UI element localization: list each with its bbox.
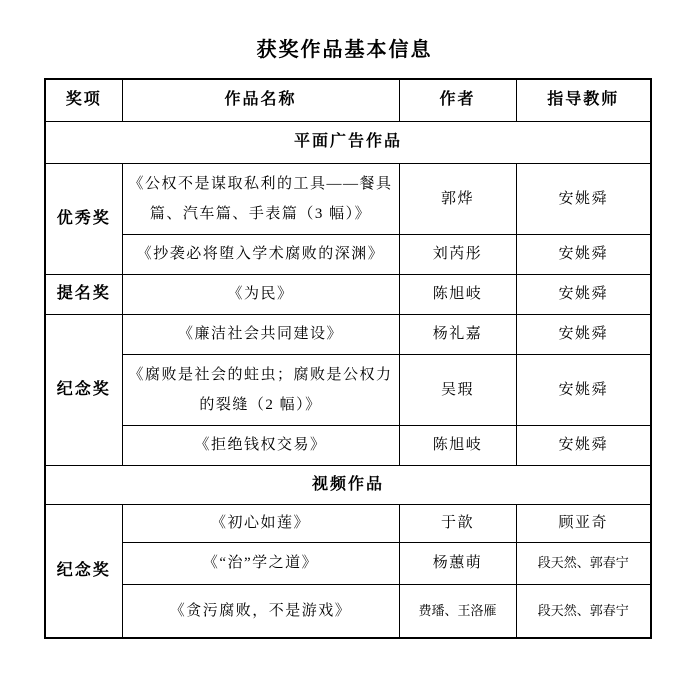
work-title-cell: 《抄袭必将堕入学术腐败的深渊》 (122, 234, 399, 274)
page-title: 获奖作品基本信息 (0, 36, 689, 64)
teacher-cell: 段天然、郭春宁 (516, 542, 651, 584)
section-row: 视频作品 (45, 465, 651, 504)
table-row: 《拒绝钱权交易》 陈旭岐 安姚舜 (45, 425, 651, 465)
work-title-cell: 《公权不是谋取私利的工具——餐具篇、汽车篇、手表篇（3 幅）》 (122, 163, 399, 234)
teacher-cell: 段天然、郭春宁 (516, 584, 651, 638)
table-header-row: 奖项 作品名称 作者 指导教师 (45, 79, 651, 121)
col-header-title: 作品名称 (122, 79, 399, 121)
table-row: 优秀奖 《公权不是谋取私利的工具——餐具篇、汽车篇、手表篇（3 幅）》 郭烨 安… (45, 163, 651, 234)
teacher-cell: 安姚舜 (516, 314, 651, 354)
author-cell: 陈旭岐 (399, 425, 516, 465)
author-cell: 杨礼嘉 (399, 314, 516, 354)
author-cell: 于歆 (399, 504, 516, 542)
teacher-cell: 安姚舜 (516, 425, 651, 465)
work-title-cell: 《贪污腐败，不是游戏》 (122, 584, 399, 638)
work-title-cell: 《腐败是社会的蛀虫；腐败是公权力的裂缝（2 幅）》 (122, 354, 399, 425)
col-header-teacher: 指导教师 (516, 79, 651, 121)
teacher-cell: 安姚舜 (516, 274, 651, 314)
teacher-cell: 顾亚奇 (516, 504, 651, 542)
work-title-cell: 《拒绝钱权交易》 (122, 425, 399, 465)
work-title-cell: 《“治”学之道》 (122, 542, 399, 584)
teacher-cell: 安姚舜 (516, 163, 651, 234)
table-row: 提名奖 《为民》 陈旭岐 安姚舜 (45, 274, 651, 314)
award-cell: 纪念奖 (45, 314, 122, 465)
table-row: 纪念奖 《廉洁社会共同建设》 杨礼嘉 安姚舜 (45, 314, 651, 354)
col-header-award: 奖项 (45, 79, 122, 121)
col-header-author: 作者 (399, 79, 516, 121)
award-cell: 纪念奖 (45, 504, 122, 638)
author-cell: 郭烨 (399, 163, 516, 234)
author-cell: 费璠、王洛雁 (399, 584, 516, 638)
award-cell: 提名奖 (45, 274, 122, 314)
table-row: 纪念奖 《初心如莲》 于歆 顾亚奇 (45, 504, 651, 542)
work-title-cell: 《初心如莲》 (122, 504, 399, 542)
table-row: 《贪污腐败，不是游戏》 费璠、王洛雁 段天然、郭春宁 (45, 584, 651, 638)
author-cell: 杨蕙萌 (399, 542, 516, 584)
table-row: 《“治”学之道》 杨蕙萌 段天然、郭春宁 (45, 542, 651, 584)
table-row: 《抄袭必将堕入学术腐败的深渊》 刘芮彤 安姚舜 (45, 234, 651, 274)
author-cell: 刘芮彤 (399, 234, 516, 274)
author-cell: 吴瑕 (399, 354, 516, 425)
section-label: 平面广告作品 (45, 121, 651, 163)
section-label: 视频作品 (45, 465, 651, 504)
award-cell: 优秀奖 (45, 163, 122, 274)
section-row: 平面广告作品 (45, 121, 651, 163)
table-row: 《腐败是社会的蛀虫；腐败是公权力的裂缝（2 幅）》 吴瑕 安姚舜 (45, 354, 651, 425)
work-title-cell: 《廉洁社会共同建设》 (122, 314, 399, 354)
work-title-cell: 《为民》 (122, 274, 399, 314)
document-page: 获奖作品基本信息 奖项 作品名称 作者 指导教师 平面广告作品 优秀奖 《公权不… (0, 0, 689, 688)
teacher-cell: 安姚舜 (516, 354, 651, 425)
awards-table: 奖项 作品名称 作者 指导教师 平面广告作品 优秀奖 《公权不是谋取私利的工具—… (44, 78, 652, 639)
teacher-cell: 安姚舜 (516, 234, 651, 274)
author-cell: 陈旭岐 (399, 274, 516, 314)
